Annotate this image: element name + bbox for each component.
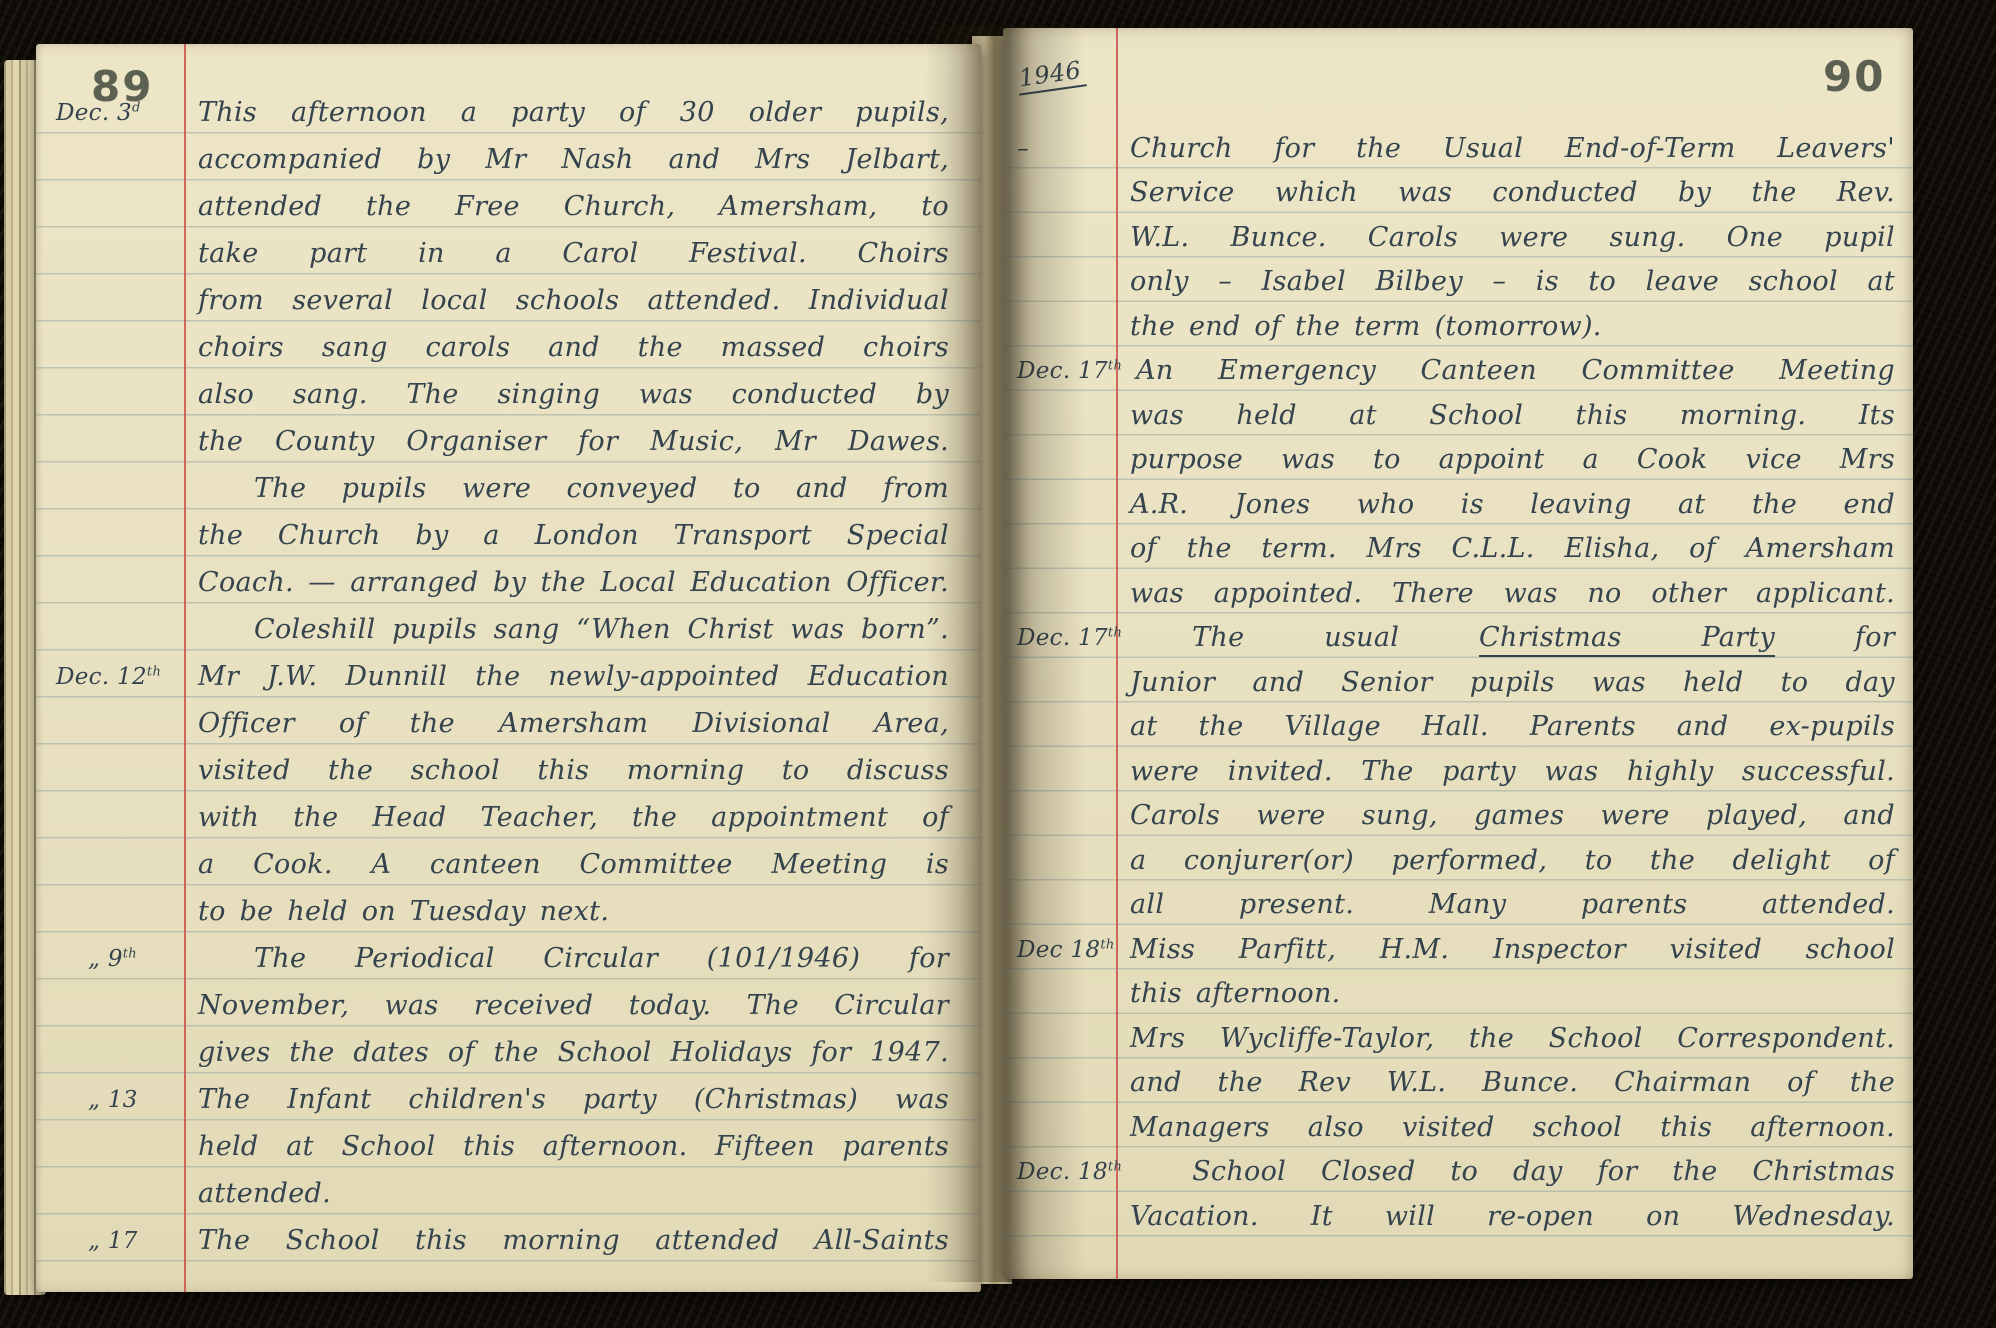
entry-text-segment: with the Head Teacher, the appointment o… bbox=[198, 802, 949, 833]
entry-text: was appointed. There was no other applic… bbox=[1116, 580, 1913, 607]
entry-date: Dec. 12th bbox=[36, 664, 184, 690]
entry-row: Coleshill pupils sang “When Christ was b… bbox=[36, 602, 981, 649]
entry-row: Dec. 18thSchool Closed to day for the Ch… bbox=[1003, 1147, 1913, 1192]
entry-text-segment: November, was received today. The Circul… bbox=[198, 990, 949, 1021]
entry-date: Dec. 3d bbox=[36, 100, 184, 126]
entry-date-ordinal: d bbox=[132, 100, 141, 115]
entry-text: purpose was to appoint a Cook vice Mrs bbox=[1116, 446, 1913, 473]
entry-text-segment: at the Village Hall. Parents and ex-pupi… bbox=[1130, 711, 1895, 742]
entry-text: A.R. Jones who is leaving at the end bbox=[1116, 491, 1913, 518]
entry-row: attended. bbox=[36, 1166, 981, 1213]
entry-row: from several local schools attended. Ind… bbox=[36, 273, 981, 320]
entry-row: W.L. Bunce. Carols were sung. One pupil bbox=[1003, 212, 1913, 257]
entry-text-segment: a Cook. A canteen Committee Meeting is bbox=[198, 849, 949, 880]
entry-text-segment: this afternoon. bbox=[1130, 978, 1341, 1009]
entry-text: choirs sang carols and the massed choirs bbox=[184, 334, 981, 361]
entry-text-segment: W.L. Bunce. Carols were sung. One pupil bbox=[1130, 222, 1895, 253]
entry-text: was held at School this morning. Its bbox=[1116, 402, 1913, 429]
entry-text: Coach. — arranged by the Local Education… bbox=[184, 569, 981, 596]
entry-text: The usual Christmas Party for bbox=[1122, 624, 1913, 651]
left-page: 89 Dec. 3dThis afternoon a party of 30 o… bbox=[36, 44, 981, 1292]
entry-text: attended the Free Church, Amersham, to bbox=[184, 193, 981, 220]
entry-row: also sang. The singing was conducted by bbox=[36, 367, 981, 414]
entry-row: a conjurer(or) performed, to the delight… bbox=[1003, 835, 1913, 880]
entry-text-segment: School Closed to day for the Christmas bbox=[1192, 1156, 1895, 1187]
entry-row: Dec. 3dThis afternoon a party of 30 olde… bbox=[36, 85, 981, 132]
entry-row: attended the Free Church, Amersham, to bbox=[36, 179, 981, 226]
entry-text: Mrs Wycliffe-Taylor, the School Correspo… bbox=[1116, 1025, 1913, 1052]
entry-text-segment: Service which was conducted by the Rev. bbox=[1130, 177, 1895, 208]
entry-text-segment: the Church by a London Transport Special bbox=[198, 520, 949, 551]
entry-row: „ 17The School this morning attended All… bbox=[36, 1213, 981, 1260]
entry-text-segment: The Periodical Circular (101/1946) for bbox=[254, 943, 949, 974]
entry-text: Vacation. It will re-open on Wednesday. bbox=[1116, 1203, 1913, 1230]
entry-text-segment: only – Isabel Bilbey – is to leave schoo… bbox=[1130, 266, 1895, 297]
entry-text-segment: the County Organiser for Music, Mr Dawes… bbox=[198, 426, 949, 457]
right-page: 90 1946 –Church for the Usual End-of-Ter… bbox=[1003, 28, 1913, 1279]
entry-text: held at School this afternoon. Fifteen p… bbox=[184, 1133, 981, 1160]
entry-text-segment: Coleshill pupils sang “When Christ was b… bbox=[254, 614, 949, 645]
entry-row: visited the school this morning to discu… bbox=[36, 743, 981, 790]
entry-date-ordinal: th bbox=[147, 664, 161, 679]
entry-row: to be held on Tuesday next. bbox=[36, 884, 981, 931]
entry-text-segment: Managers also visited school this aftern… bbox=[1130, 1112, 1895, 1143]
entry-text: Carols were sung, games were played, and bbox=[1116, 802, 1913, 829]
entry-text: The pupils were conveyed to and from bbox=[184, 475, 981, 502]
entry-text: only – Isabel Bilbey – is to leave schoo… bbox=[1116, 268, 1913, 295]
entry-row: Dec. 17thThe usual Christmas Party for bbox=[1003, 613, 1913, 658]
entry-text: and the Rev W.L. Bunce. Chairman of the bbox=[1116, 1069, 1913, 1096]
entry-row: Managers also visited school this aftern… bbox=[1003, 1102, 1913, 1147]
entry-date: Dec. 17th bbox=[1003, 358, 1122, 384]
entry-text: the County Organiser for Music, Mr Dawes… bbox=[184, 428, 981, 455]
entry-text: Miss Parfitt, H.M. Inspector visited sch… bbox=[1116, 936, 1913, 963]
entry-date-ordinal: th bbox=[1108, 625, 1122, 640]
entry-text-segment: Junior and Senior pupils was held to day bbox=[1130, 667, 1895, 698]
entry-row: Junior and Senior pupils was held to day bbox=[1003, 657, 1913, 702]
entry-text-segment: Coach. — arranged by the Local Education… bbox=[198, 567, 949, 598]
entry-text-segment: take part in a Carol Festival. Choirs bbox=[198, 238, 949, 269]
entry-row: Mrs Wycliffe-Taylor, the School Correspo… bbox=[1003, 1013, 1913, 1058]
entry-row: choirs sang carols and the massed choirs bbox=[36, 320, 981, 367]
entry-text: also sang. The singing was conducted by bbox=[184, 381, 981, 408]
entry-row: Officer of the Amersham Divisional Area, bbox=[36, 696, 981, 743]
entry-row: a Cook. A canteen Committee Meeting is bbox=[36, 837, 981, 884]
entry-text: The Infant children's party (Christmas) … bbox=[184, 1086, 981, 1113]
entry-row: was appointed. There was no other applic… bbox=[1003, 568, 1913, 613]
entry-text-segment: Mrs Wycliffe-Taylor, the School Correspo… bbox=[1130, 1023, 1895, 1054]
entry-text-segment: the end of the term (tomorrow). bbox=[1130, 311, 1602, 342]
entry-text: Service which was conducted by the Rev. bbox=[1116, 179, 1913, 206]
entry-text-segment: from several local schools attended. Ind… bbox=[198, 285, 949, 316]
entry-text-segment: The School this morning attended All-Sai… bbox=[198, 1225, 949, 1256]
entry-row: were invited. The party was highly succe… bbox=[1003, 746, 1913, 791]
entry-rows: –Church for the Usual End-of-Term Leaver… bbox=[1003, 123, 1913, 1236]
entry-date: Dec. 18th bbox=[1003, 1159, 1122, 1185]
entry-text-segment: Carols were sung, games were played, and bbox=[1130, 800, 1895, 831]
entry-text: Mr J.W. Dunnill the newly-appointed Educ… bbox=[184, 663, 981, 690]
entry-text-segment: all present. Many parents attended. bbox=[1130, 889, 1895, 920]
entry-rows: Dec. 3dThis afternoon a party of 30 olde… bbox=[36, 85, 981, 1260]
entry-row: the end of the term (tomorrow). bbox=[1003, 301, 1913, 346]
entry-text: of the term. Mrs C.L.L. Elisha, of Amers… bbox=[1116, 535, 1913, 562]
entry-row: was held at School this morning. Its bbox=[1003, 390, 1913, 435]
entry-date-label: Dec. 12 bbox=[56, 664, 147, 690]
entry-row: and the Rev W.L. Bunce. Chairman of the bbox=[1003, 1058, 1913, 1103]
entry-date-label: – bbox=[1017, 136, 1029, 162]
entry-text: Church for the Usual End-of-Term Leavers… bbox=[1116, 135, 1913, 162]
entry-text: take part in a Carol Festival. Choirs bbox=[184, 240, 981, 267]
entry-text-segment: attended the Free Church, Amersham, to bbox=[198, 191, 949, 222]
entry-date-label: Dec. 17 bbox=[1017, 358, 1108, 384]
page-number: 90 bbox=[1823, 52, 1885, 101]
entry-date: „ 9th bbox=[36, 946, 184, 972]
entry-text-segment: Vacation. It will re-open on Wednesday. bbox=[1130, 1201, 1895, 1232]
entry-text-segment: gives the dates of the School Holidays f… bbox=[198, 1037, 949, 1068]
entry-text-segment: a conjurer(or) performed, to the delight… bbox=[1130, 845, 1895, 876]
entry-text-segment: Church for the Usual End-of-Term Leavers… bbox=[1130, 133, 1895, 164]
entry-row: take part in a Carol Festival. Choirs bbox=[36, 226, 981, 273]
entry-date-label: Dec 18 bbox=[1017, 937, 1100, 963]
entry-row: Vacation. It will re-open on Wednesday. bbox=[1003, 1191, 1913, 1236]
entry-date-ordinal: th bbox=[1108, 358, 1122, 373]
entry-text: a Cook. A canteen Committee Meeting is bbox=[184, 851, 981, 878]
entry-text: Coleshill pupils sang “When Christ was b… bbox=[184, 616, 981, 643]
entry-date: Dec 18th bbox=[1003, 937, 1116, 963]
entry-date: „ 17 bbox=[36, 1228, 184, 1254]
entry-text: visited the school this morning to discu… bbox=[184, 757, 981, 784]
entry-text: gives the dates of the School Holidays f… bbox=[184, 1039, 981, 1066]
entry-text-segment: Officer of the Amersham Divisional Area, bbox=[198, 708, 949, 739]
entry-text-segment: Miss Parfitt, H.M. Inspector visited sch… bbox=[1130, 934, 1895, 965]
entry-text-segment: A.R. Jones who is leaving at the end bbox=[1130, 489, 1895, 520]
entry-row: Coach. — arranged by the Local Education… bbox=[36, 555, 981, 602]
entry-text: with the Head Teacher, the appointment o… bbox=[184, 804, 981, 831]
entry-text-segment: The usual bbox=[1192, 622, 1479, 653]
entry-row: only – Isabel Bilbey – is to leave schoo… bbox=[1003, 257, 1913, 302]
entry-text-segment: The Infant children's party (Christmas) … bbox=[198, 1084, 949, 1115]
entry-text: were invited. The party was highly succe… bbox=[1116, 758, 1913, 785]
entry-text: Managers also visited school this aftern… bbox=[1116, 1114, 1913, 1141]
entry-date: Dec. 17th bbox=[1003, 625, 1122, 651]
entry-row: The pupils were conveyed to and from bbox=[36, 461, 981, 508]
entry-text-segment: An Emergency Canteen Committee Meeting bbox=[1136, 355, 1895, 386]
entry-date-ordinal: th bbox=[1100, 937, 1114, 952]
entry-text: W.L. Bunce. Carols were sung. One pupil bbox=[1116, 224, 1913, 251]
book-cover-background: 89 Dec. 3dThis afternoon a party of 30 o… bbox=[0, 0, 1996, 1328]
entry-text: November, was received today. The Circul… bbox=[184, 992, 981, 1019]
entry-row: purpose was to appoint a Cook vice Mrs bbox=[1003, 435, 1913, 480]
entry-text: Junior and Senior pupils was held to day bbox=[1116, 669, 1913, 696]
entry-row: with the Head Teacher, the appointment o… bbox=[36, 790, 981, 837]
entry-text: to be held on Tuesday next. bbox=[184, 898, 981, 925]
entry-text: from several local schools attended. Ind… bbox=[184, 287, 981, 314]
entry-text: An Emergency Canteen Committee Meeting bbox=[1122, 357, 1913, 384]
entry-text: This afternoon a party of 30 older pupil… bbox=[184, 99, 981, 126]
entry-row: Service which was conducted by the Rev. bbox=[1003, 168, 1913, 213]
entry-text-segment: This afternoon a party of 30 older pupil… bbox=[198, 97, 949, 128]
entry-row: of the term. Mrs C.L.L. Elisha, of Amers… bbox=[1003, 524, 1913, 569]
entry-text-segment: attended. bbox=[198, 1178, 331, 1209]
entry-row: this afternoon. bbox=[1003, 969, 1913, 1014]
entry-text: attended. bbox=[184, 1180, 981, 1207]
entry-row: Carols were sung, games were played, and bbox=[1003, 791, 1913, 836]
entry-date-label: Dec. 3 bbox=[56, 100, 132, 126]
entry-row: „ 9thThe Periodical Circular (101/1946) … bbox=[36, 931, 981, 978]
entry-date-ordinal: th bbox=[1108, 1159, 1122, 1174]
entry-text-segment: purpose was to appoint a Cook vice Mrs bbox=[1130, 444, 1895, 475]
entry-text: accompanied by Mr Nash and Mrs Jelbart, bbox=[184, 146, 981, 173]
entry-date: – bbox=[1003, 136, 1116, 162]
entry-text-segment: visited the school this morning to discu… bbox=[198, 755, 949, 786]
entry-row: Dec 18thMiss Parfitt, H.M. Inspector vis… bbox=[1003, 924, 1913, 969]
entry-text-segment: choirs sang carols and the massed choirs bbox=[198, 332, 949, 363]
entry-row: gives the dates of the School Holidays f… bbox=[36, 1025, 981, 1072]
entry-date-label: Dec. 17 bbox=[1017, 625, 1108, 651]
entry-text-segment: accompanied by Mr Nash and Mrs Jelbart, bbox=[198, 144, 949, 175]
entry-text: The Periodical Circular (101/1946) for bbox=[184, 945, 981, 972]
entry-text: a conjurer(or) performed, to the delight… bbox=[1116, 847, 1913, 874]
entry-row: „ 13The Infant children's party (Christm… bbox=[36, 1072, 981, 1119]
entry-text-segment: held at School this afternoon. Fifteen p… bbox=[198, 1131, 949, 1162]
entry-row: the County Organiser for Music, Mr Dawes… bbox=[36, 414, 981, 461]
entry-text-segment: for bbox=[1775, 622, 1895, 653]
entry-row: accompanied by Mr Nash and Mrs Jelbart, bbox=[36, 132, 981, 179]
entry-row: November, was received today. The Circul… bbox=[36, 978, 981, 1025]
entry-text-underlined: Christmas Party bbox=[1479, 622, 1775, 657]
entry-text-segment: and the Rev W.L. Bunce. Chairman of the bbox=[1130, 1067, 1895, 1098]
entry-text: this afternoon. bbox=[1116, 980, 1913, 1007]
entry-row: A.R. Jones who is leaving at the end bbox=[1003, 479, 1913, 524]
entry-text-segment: to be held on Tuesday next. bbox=[198, 896, 609, 927]
entry-row: at the Village Hall. Parents and ex-pupi… bbox=[1003, 702, 1913, 747]
entry-date-label: Dec. 18 bbox=[1017, 1159, 1108, 1185]
entry-text: all present. Many parents attended. bbox=[1116, 891, 1913, 918]
entry-date: „ 13 bbox=[36, 1087, 184, 1113]
entry-row: all present. Many parents attended. bbox=[1003, 880, 1913, 925]
entry-date-ordinal: th bbox=[123, 946, 137, 961]
entry-text: The School this morning attended All-Sai… bbox=[184, 1227, 981, 1254]
entry-row: Dec. 17thAn Emergency Canteen Committee … bbox=[1003, 346, 1913, 391]
entry-row: held at School this afternoon. Fifteen p… bbox=[36, 1119, 981, 1166]
entry-text-segment: was held at School this morning. Its bbox=[1130, 400, 1895, 431]
entry-text-segment: was appointed. There was no other applic… bbox=[1130, 578, 1895, 609]
entry-date-label: „ 13 bbox=[88, 1087, 138, 1113]
entry-text-segment: of the term. Mrs C.L.L. Elisha, of Amers… bbox=[1130, 533, 1895, 564]
entry-text: School Closed to day for the Christmas bbox=[1122, 1158, 1913, 1185]
entry-date-label: „ 17 bbox=[88, 1228, 138, 1254]
entry-text-segment: Mr J.W. Dunnill the newly-appointed Educ… bbox=[198, 661, 949, 692]
entry-date-label: „ 9 bbox=[88, 946, 123, 972]
entry-row: the Church by a London Transport Special bbox=[36, 508, 981, 555]
entry-text: Officer of the Amersham Divisional Area, bbox=[184, 710, 981, 737]
entry-row: Dec. 12thMr J.W. Dunnill the newly-appoi… bbox=[36, 649, 981, 696]
entry-text-segment: The pupils were conveyed to and from bbox=[254, 473, 949, 504]
entry-row: –Church for the Usual End-of-Term Leaver… bbox=[1003, 123, 1913, 168]
entry-text: the Church by a London Transport Special bbox=[184, 522, 981, 549]
entry-text: the end of the term (tomorrow). bbox=[1116, 313, 1913, 340]
entry-text-segment: were invited. The party was highly succe… bbox=[1130, 756, 1895, 787]
entry-text-segment: also sang. The singing was conducted by bbox=[198, 379, 949, 410]
year-annotation: 1946 bbox=[1015, 55, 1087, 95]
entry-text: at the Village Hall. Parents and ex-pupi… bbox=[1116, 713, 1913, 740]
